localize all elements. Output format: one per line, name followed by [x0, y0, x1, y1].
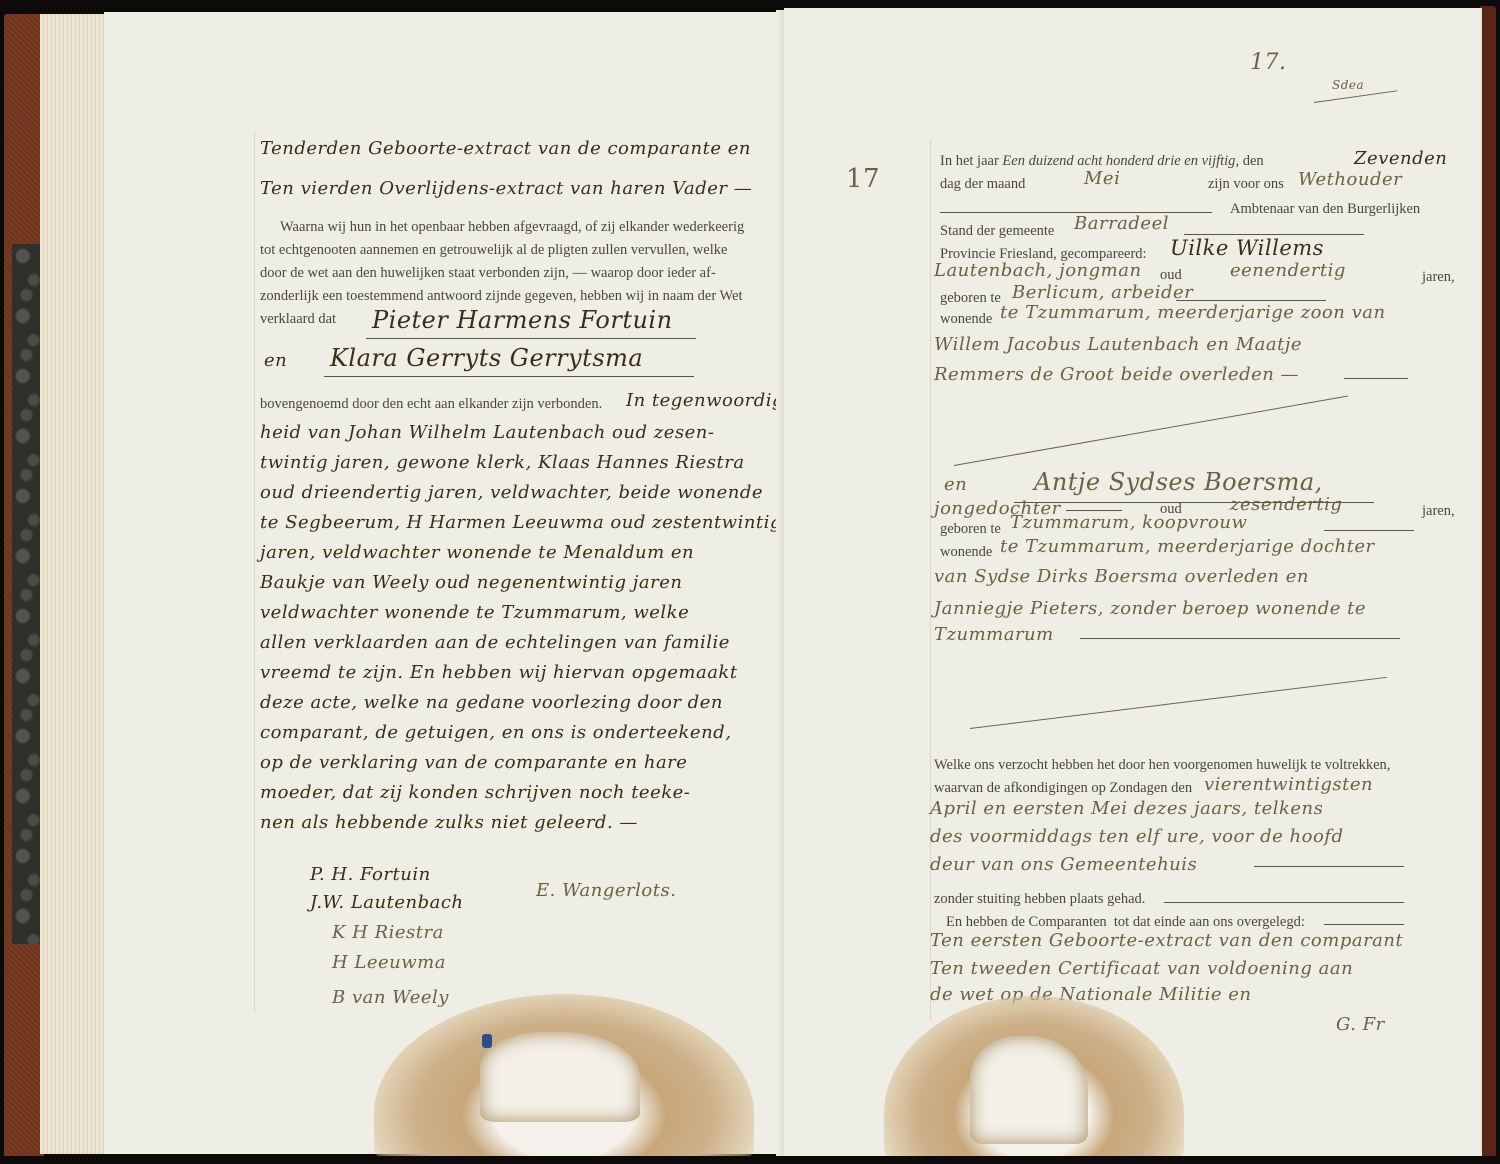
printed-stand-der-gemeente: Stand der gemeente [940, 220, 1054, 243]
witness-text-line-8: veldwachter wonende te Tzummarum, welke [260, 602, 689, 623]
bride-section-strike-line [970, 677, 1387, 729]
groom-underline [366, 338, 696, 339]
printed-clause-line-1: Waarna wij hun in het openbaar hebben af… [280, 216, 744, 239]
initials-stroke [1314, 90, 1397, 103]
proclamation-rule [1254, 866, 1404, 867]
right-margin-rule [930, 140, 931, 1020]
left-page: Tenderden Geboorte-extract van de compar… [104, 12, 784, 1154]
bride-parents-line-1: van Sydse Dirks Boersma overleden en [934, 566, 1309, 587]
handwritten-document-list-1: Tenderden Geboorte-extract van de compar… [260, 138, 751, 159]
bride-underline [324, 376, 694, 377]
printed-jaren-bride: jaren, [1422, 500, 1455, 523]
bride-parents-line-2: Janniegje Pieters, zonder beroep wonende… [934, 598, 1366, 619]
blue-fiber-fragment [482, 1034, 492, 1048]
printed-dag-der-maand: dag der maand [940, 173, 1025, 196]
right-page: 17. Sdea 17 In het jaar Een duizend acht… [784, 8, 1480, 1156]
witness-text-line-14: moeder, dat zij konden schrijven noch te… [260, 782, 690, 803]
printed-wonende: wonende [940, 308, 992, 331]
signature-witness-lautenbach: J.W. Lautenbach [310, 892, 464, 913]
parents-rule [1344, 378, 1408, 379]
bride-birthplace: Tzummarum, koopvrouw [1010, 512, 1247, 533]
printed-connected-line: bovengenoemd door den echt aan elkander … [260, 393, 602, 416]
bride-status-rule [1066, 510, 1122, 511]
conjunction-en: en [264, 350, 287, 371]
bride-birthplace-rule [1324, 530, 1414, 531]
groom-parents-line-2: Remmers de Groot beide overleden — [934, 364, 1299, 385]
printed-year-words: Een duizend acht honderd drie en vijftig [1002, 153, 1235, 169]
witness-text-line-1: In tegenwoordig- [626, 390, 791, 411]
printed-clause-line-2: tot echtgenooten aannemen en getrouwelij… [260, 239, 727, 262]
left-page-edges [40, 14, 106, 1154]
witness-text-line-13: op de verklaring van de comparante en ha… [260, 752, 687, 773]
paper-loss-hole-left [480, 1032, 640, 1122]
month-handwritten: Mei [1084, 168, 1120, 189]
printed-proclamation-2: waarvan de afkondigingen op Zondagen den [934, 777, 1192, 800]
printed-clause-line-5: verklaard dat [260, 308, 336, 331]
printed-den: , den [1235, 153, 1263, 169]
open-register-book: Tenderden Geboorte-extract van de compar… [0, 0, 1500, 1164]
signature-groom: P. H. Fortuin [310, 864, 431, 885]
witness-text-line-7: Baukje van Weely oud negenentwintig jare… [260, 572, 682, 593]
documents-line-3: de wet op de Nationale Militie en [930, 984, 1251, 1005]
handwritten-document-list-2: Ten vierden Overlijdens-extract van hare… [260, 178, 752, 199]
bride-en: en [944, 474, 967, 495]
groom-residence: te Tzummarum, meerderjarige zoon van [1000, 302, 1386, 323]
zonder-stuiting-rule [1164, 902, 1404, 903]
printed-clause-line-3: door de wet aan den huwelijken staat ver… [260, 262, 716, 285]
printed-geboren-te: geboren te [940, 287, 1001, 310]
documents-line-1: Ten eersten Geboorte-extract van den com… [930, 930, 1403, 951]
act-number-margin: 17 [846, 164, 880, 194]
witness-text-line-12: comparant, de getuigen, en ons is ondert… [260, 722, 731, 743]
bottom-paraph: G. Fr [1336, 1014, 1385, 1035]
birthplace-rule [1176, 300, 1326, 301]
witness-text-line-15: nen als hebbende zulks niet geleerd. — [260, 812, 638, 833]
bride-residence: te Tzummarum, meerderjarige dochter [1000, 536, 1375, 557]
witness-text-line-9: allen verklaarden aan de echtelingen van… [260, 632, 730, 653]
witness-text-line-2: heid van Johan Wilhelm Lautenbach oud ze… [260, 422, 714, 443]
printed-in-het-jaar: In het jaar [940, 153, 999, 169]
printed-clause-line-4: zonderlijk een toestemmend antwoord zijn… [260, 285, 743, 308]
printed-zonder-stuiting: zonder stuiting hebben plaats gehad. [934, 888, 1145, 911]
bride-name: Klara Gerryts Gerrytsma [330, 344, 643, 372]
bottom-shadow [0, 1156, 1500, 1164]
groom-parents-line-1: Willem Jacobus Lautenbach en Maatje [934, 334, 1302, 355]
folio-number: 17. [1250, 50, 1287, 75]
signature-official: E. Wangerlots. [536, 880, 676, 901]
groom-surname: Lautenbach, jongman [934, 260, 1142, 281]
proclamation-date-3: des voormiddags ten elf ure, voor de hoo… [930, 826, 1343, 847]
documents-line-2: Ten tweeden Certificaat van voldoening a… [930, 958, 1353, 979]
municipality-handwritten: Barradeel [1074, 213, 1169, 234]
groom-section-strike-line [954, 396, 1348, 466]
witness-text-line-5: te Segbeerum, H Harmen Leeuwma oud zeste… [260, 512, 782, 533]
witness-text-line-11: deze acte, welke na gedane voorlezing do… [260, 692, 723, 713]
bride-parents-rule [1080, 638, 1400, 639]
printed-geboren-te-bride: geboren te [940, 518, 1001, 541]
groom-birthplace: Berlicum, arbeider [1012, 282, 1193, 303]
witness-text-line-6: jaren, veldwachter wonende te Menaldum e… [260, 542, 694, 563]
proclamation-date-4: deur van ons Gemeentehuis [930, 854, 1197, 875]
witness-text-line-10: vreemd te zijn. En hebben wij hiervan op… [260, 662, 738, 683]
printed-jaren: jaren, [1422, 266, 1455, 289]
top-right-initials: Sdea [1332, 78, 1364, 92]
overgelegd-rule [1324, 924, 1404, 925]
proclamation-date-2: April en eersten Mei dezes jaars, telken… [930, 798, 1323, 819]
bride-parents-line-3: Tzummarum [934, 624, 1054, 645]
signature-witness-riestra: K H Riestra [332, 922, 444, 943]
day-handwritten: Zevenden [1354, 148, 1447, 169]
municipality-rule [1184, 234, 1364, 235]
paper-loss-hole-right [970, 1036, 1088, 1144]
right-leather-cover [1480, 6, 1496, 1158]
groom-first-names: Uilke Willems [1170, 236, 1324, 260]
signature-witness-leeuwma: H Leeuwma [332, 952, 446, 973]
signature-witness-van-weely: B van Weely [332, 987, 449, 1008]
printed-zijn-voor-ons: zijn voor ons [1208, 173, 1284, 196]
groom-name: Pieter Harmens Fortuin [372, 306, 673, 334]
proclamation-date-1: vierentwintigsten [1204, 774, 1373, 795]
official-title-handwritten: Wethouder [1298, 169, 1402, 190]
printed-wonende-bride: wonende [940, 541, 992, 564]
witness-text-line-4: oud drieendertig jaren, veldwachter, bei… [260, 482, 763, 503]
groom-age: eenendertig [1230, 260, 1346, 281]
bride-name-right: Antje Sydses Boersma, [1034, 468, 1323, 496]
witness-text-line-3: twintig jaren, gewone klerk, Klaas Hanne… [260, 452, 745, 473]
printed-ambtenaar: Ambtenaar van den Burgerlijken [1230, 198, 1420, 221]
left-margin-rule [254, 132, 255, 1012]
left-leather-cover [4, 14, 44, 1160]
